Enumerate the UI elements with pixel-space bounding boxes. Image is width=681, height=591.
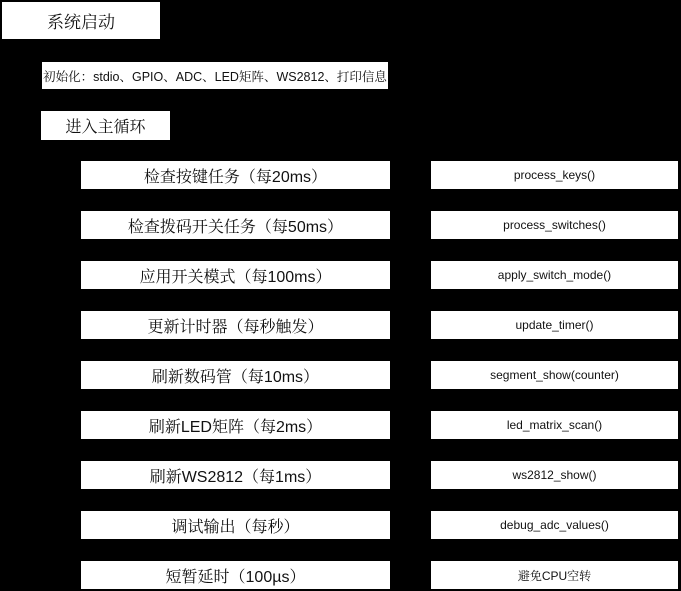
task-node-debug-output: 调试输出（每秒） xyxy=(81,511,390,539)
task-node-led-matrix-scan: 刷新LED矩阵（每2ms） xyxy=(81,411,390,439)
action-node-avoid-cpu-spin: 避免CPU空转 xyxy=(431,561,678,589)
flowchart-canvas: 系统启动 初始化：stdio、GPIO、ADC、LED矩阵、WS2812、打印信… xyxy=(0,0,681,591)
action-node-ws2812-show: ws2812_show() xyxy=(431,461,678,489)
action-node-apply-switch-mode: apply_switch_mode() xyxy=(431,261,678,289)
task-node-short-delay: 短暂延时（100µs） xyxy=(81,561,390,589)
action-node-segment-show: segment_show(counter) xyxy=(431,361,678,389)
start-node: 系统启动 xyxy=(2,2,160,39)
main-loop-node: 进入主循环 xyxy=(41,111,170,140)
task-node-apply-switch-mode: 应用开关模式（每100ms） xyxy=(81,261,390,289)
task-node-process-keys: 检查按键任务（每20ms） xyxy=(81,161,390,189)
task-node-process-switches: 检查拨码开关任务（每50ms） xyxy=(81,211,390,239)
task-node-ws2812-show: 刷新WS2812（每1ms） xyxy=(81,461,390,489)
init-node: 初始化：stdio、GPIO、ADC、LED矩阵、WS2812、打印信息 xyxy=(42,62,388,89)
task-node-update-timer: 更新计时器（每秒触发） xyxy=(81,311,390,339)
action-node-process-keys: process_keys() xyxy=(431,161,678,189)
action-node-process-switches: process_switches() xyxy=(431,211,678,239)
task-node-segment-show: 刷新数码管（每10ms） xyxy=(81,361,390,389)
action-node-debug-output: debug_adc_values() xyxy=(431,511,678,539)
action-node-update-timer: update_timer() xyxy=(431,311,678,339)
action-node-led-matrix-scan: led_matrix_scan() xyxy=(431,411,678,439)
